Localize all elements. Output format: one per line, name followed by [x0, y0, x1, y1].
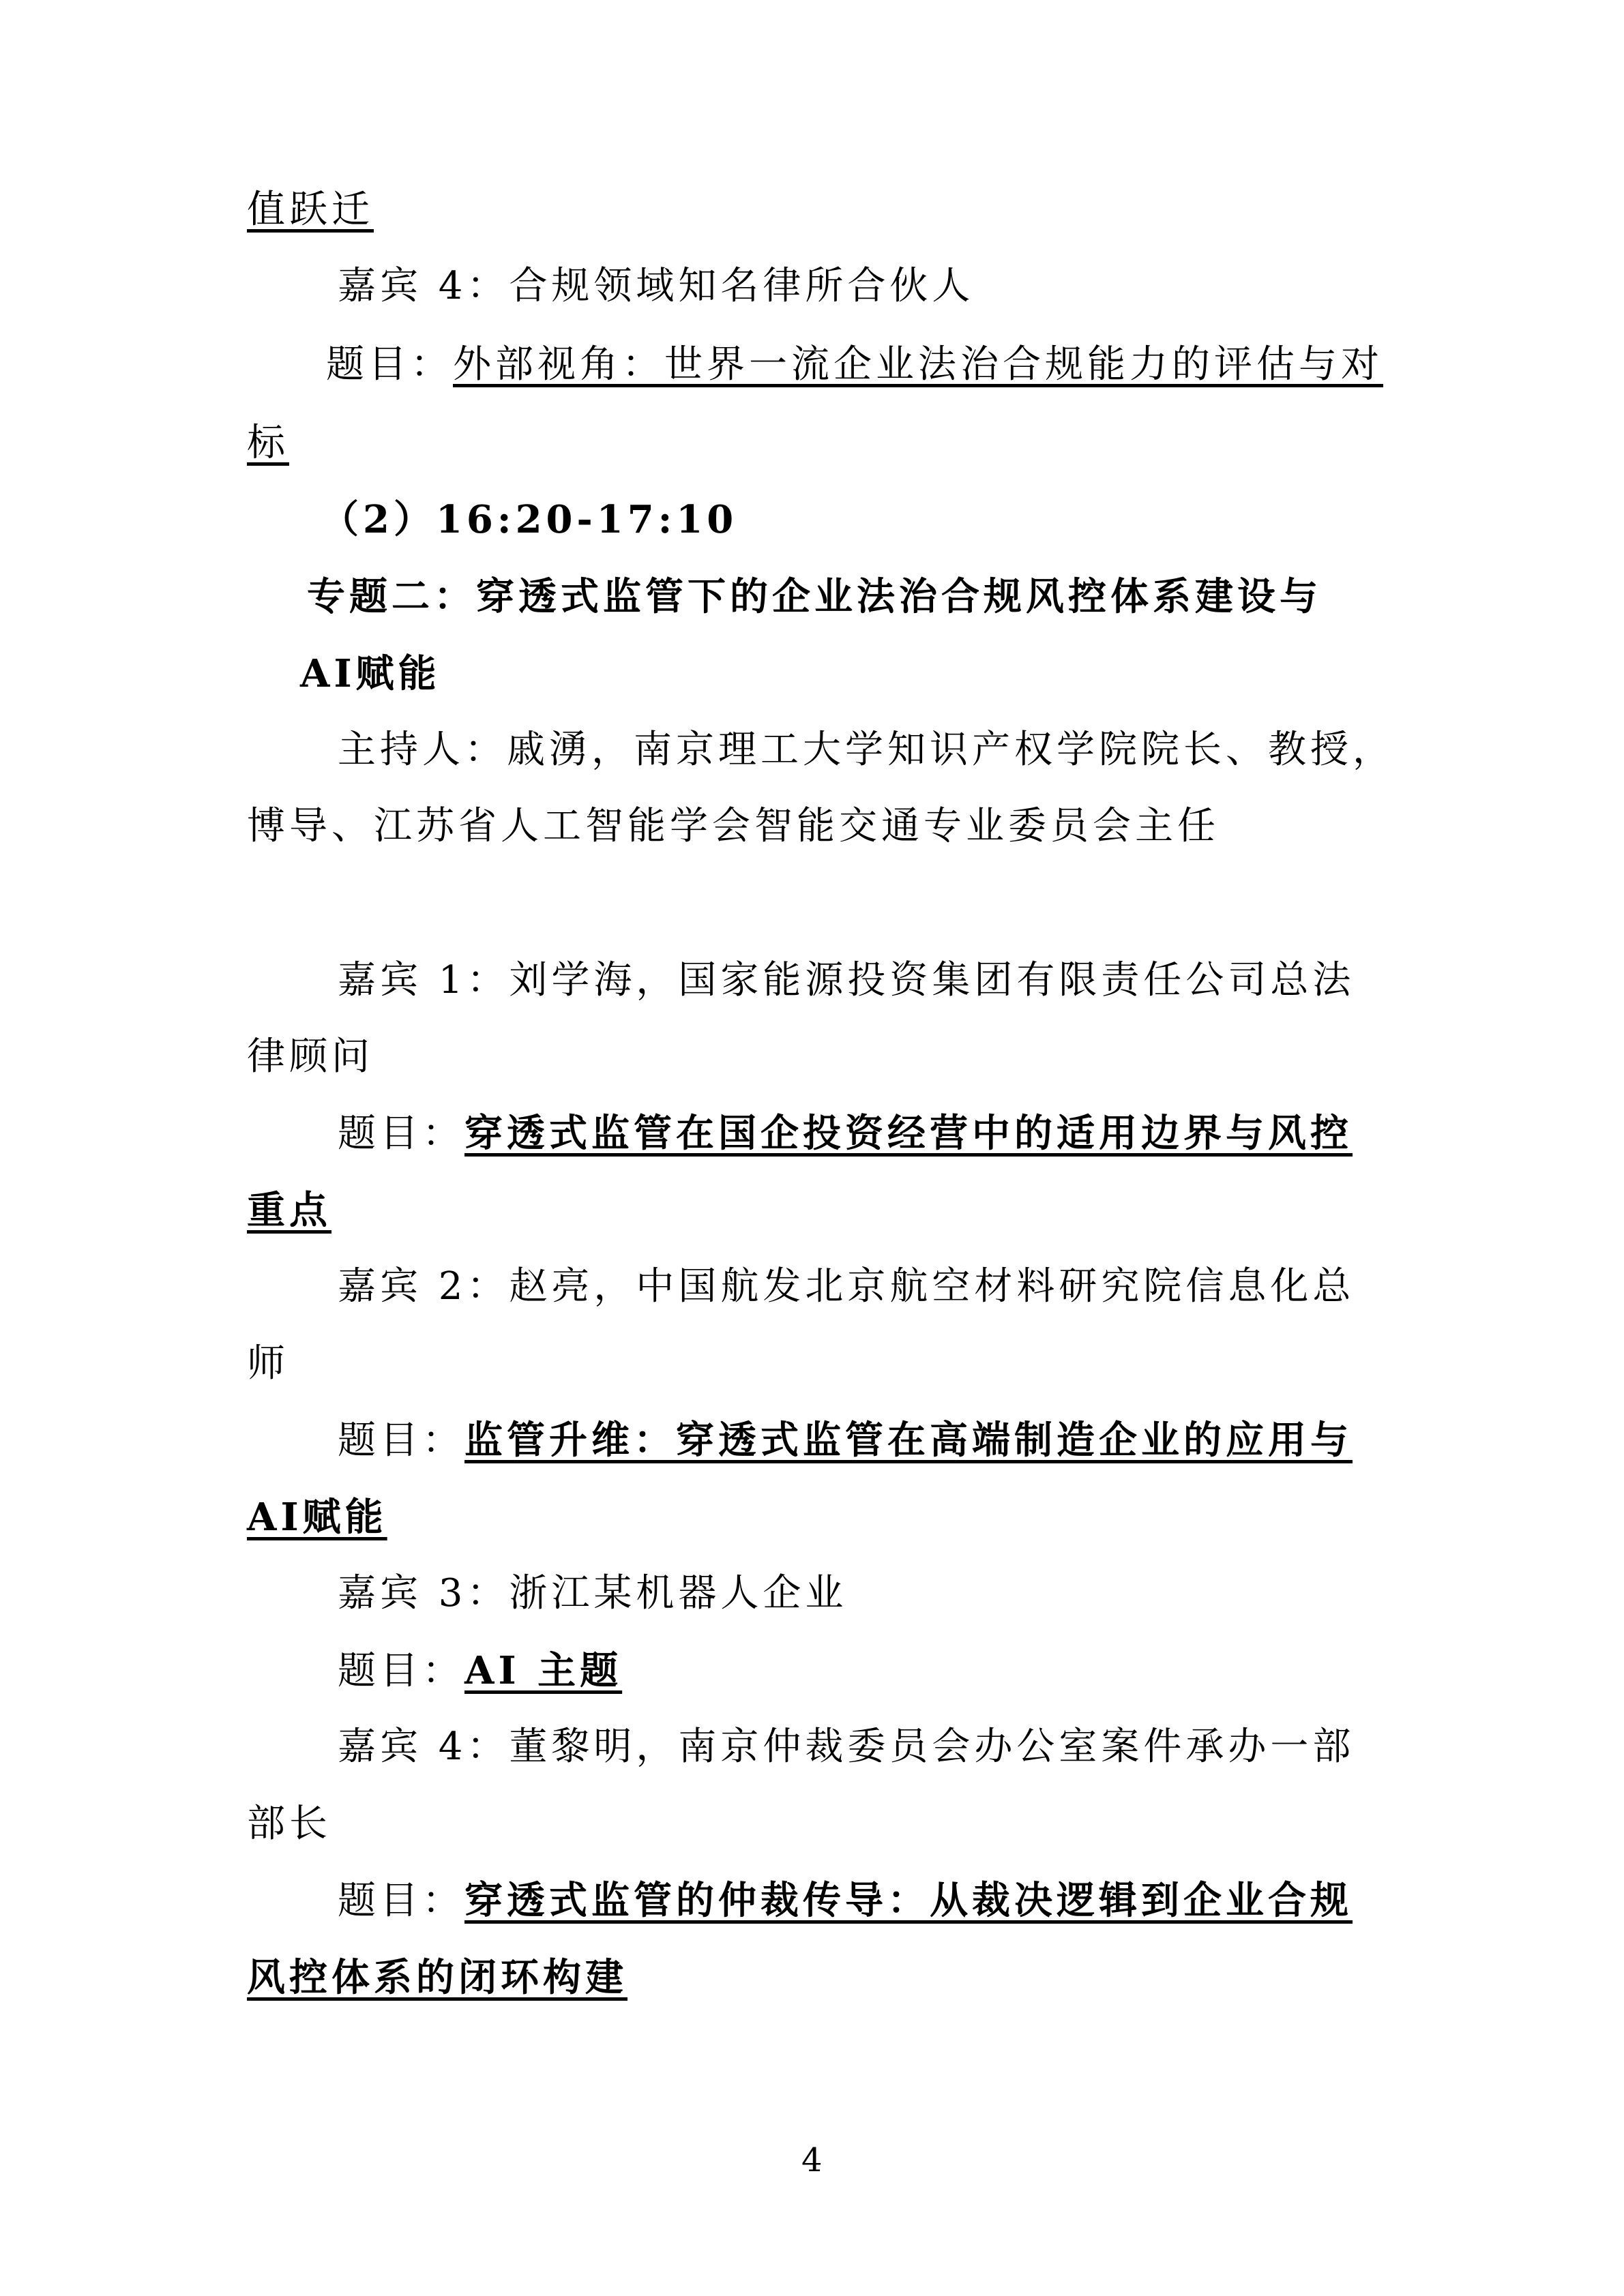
guest-line: 嘉宾 2：赵亮，中国航发北京航空材料研究院信息化总 [338, 1263, 1355, 1311]
topic-line: 题目：外部视角：世界一流企业法治合规能力的评估与对 [326, 341, 1383, 389]
session-time: （2）16:20-17:10 [321, 496, 737, 543]
host-line-cont: 博导、江苏省人工智能学会智能交通专业委员会主任 [247, 803, 1220, 850]
topic-line: 题目：穿透式监管在国企投资经营中的适用边界与风控 [338, 1109, 1353, 1158]
guest-line: 嘉宾 3：浙江某机器人企业 [338, 1570, 847, 1617]
guest-line-cont: 律顾问 [247, 1033, 374, 1081]
session-title: 专题二：穿透式监管下的企业法治合规风控体系建设与 [307, 573, 1322, 621]
topic-line-cont: AI赋能 [247, 1493, 387, 1542]
topic-line-cont: 标 [247, 419, 289, 467]
guest-line-cont: 师 [247, 1340, 289, 1388]
text-line: 值跃迁 [247, 186, 374, 234]
session-title-cont: AI赋能 [300, 650, 441, 698]
host-line: 主持人：戚湧，南京理工大学知识产权学院院长、教授， [338, 726, 1395, 774]
guest-line: 嘉宾 1：刘学海，国家能源投资集团有限责任公司总法 [338, 957, 1355, 1004]
guest-line-cont: 部长 [247, 1800, 331, 1848]
topic-line-cont: 重点 [247, 1187, 331, 1235]
guest-line: 嘉宾 4：董黎明，南京仲裁委员会办公室案件承办一部 [338, 1723, 1355, 1771]
topic-line: 题目：AI 主题 [338, 1647, 622, 1695]
topic-line: 题目：监管升维：穿透式监管在高端制造企业的应用与 [338, 1416, 1353, 1465]
topic-line-cont: 风控体系的闭环构建 [247, 1954, 628, 2002]
guest-line: 嘉宾 4：合规领域知名律所合伙人 [338, 263, 974, 310]
topic-line: 题目：穿透式监管的仲裁传导：从裁决逻辑到企业合规 [338, 1877, 1353, 1925]
page-number: 4 [801, 2141, 823, 2179]
